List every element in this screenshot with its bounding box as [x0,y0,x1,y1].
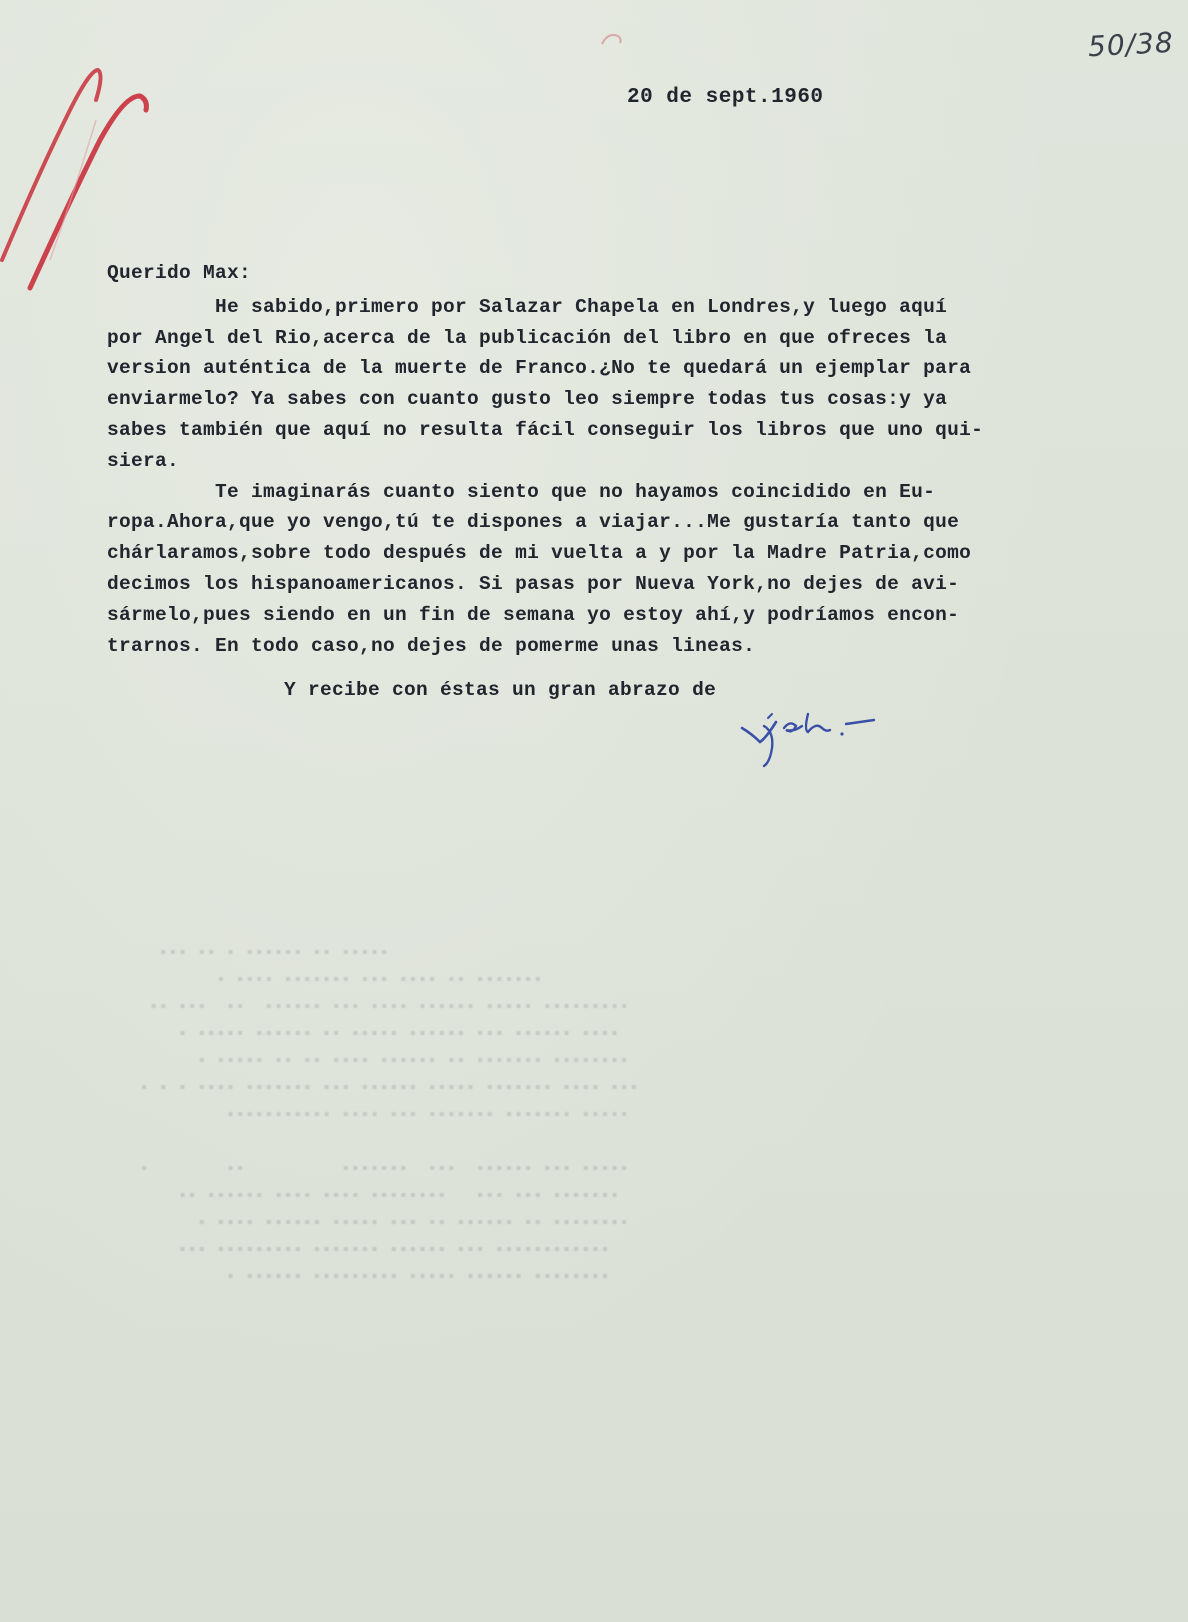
letter-date: 20 de sept.1960 [627,86,824,109]
body-line: trarnos. En todo caso,no dejes de pomerm… [107,631,1067,662]
archive-number: 50/38 [1087,26,1174,63]
salutation: Querido Max: [107,258,1067,289]
body-line: enviarmelo? Ya sabes con cuanto gusto le… [107,384,1067,415]
pencil-mark-icon [598,30,628,48]
closing-line: Y recibe con éstas un gran abrazo de [107,675,1067,706]
handwritten-signature-icon [738,708,908,768]
body-line: sabes también que aquí no resulta fácil … [107,415,1067,446]
letter-body: Querido Max: He sabido,primero por Salaz… [107,258,1067,706]
letter-page: 50/38 20 de sept.1960 Querido Max: He sa… [0,0,1188,1622]
body-line: chárlaramos,sobre todo después de mi vue… [107,538,1067,569]
bleed-through-text: ▪▪▪ ▪▪ ▪ ▪▪▪▪▪▪ ▪▪ ▪▪▪▪▪ ▪ ▪▪▪▪ ▪▪▪▪▪▪▪ … [120,940,1070,1340]
body-line: sármelo,pues siendo en un fin de semana … [107,600,1067,631]
body-line: por Angel del Rio,acerca de la publicaci… [107,323,1067,354]
body-line: He sabido,primero por Salazar Chapela en… [107,292,1067,323]
body-line: siera. [107,446,1067,477]
body-line: ropa.Ahora,que yo vengo,tú te dispones a… [107,507,1067,538]
body-line: Te imaginarás cuanto siento que no hayam… [107,477,1067,508]
body-line: decimos los hispanoamericanos. Si pasas … [107,569,1067,600]
body-line: version auténtica de la muerte de Franco… [107,353,1067,384]
